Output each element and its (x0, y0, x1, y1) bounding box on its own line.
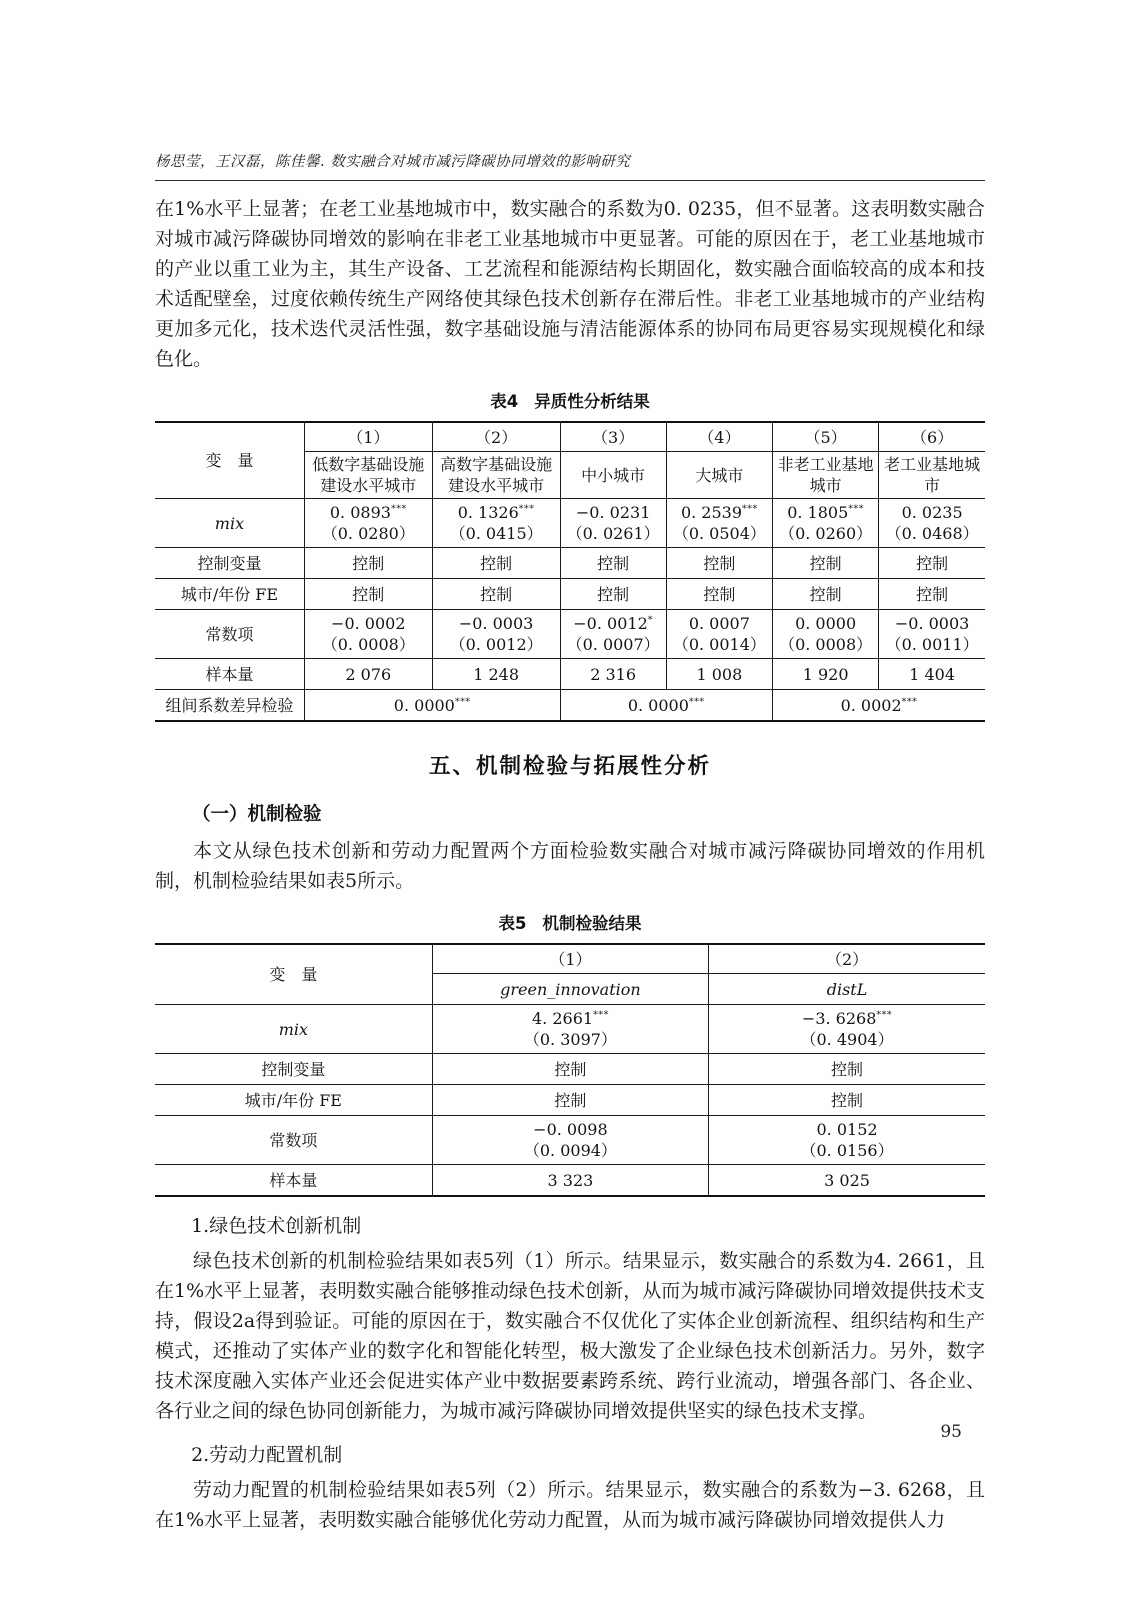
table5-samplesize-label: 样本量 (155, 1165, 432, 1197)
table5-constant-row: 常数项 −0. 0098（0. 0094） 0. 0152（0. 0156） (155, 1116, 985, 1165)
table4-samplesize-cell: 1 920 (772, 659, 878, 690)
table4-colnum: （5） (772, 422, 878, 452)
table4-diff-cell: 0. 0000*** (304, 690, 560, 722)
table5-mix-row: mix 4. 2661***（0. 3097） −3. 6268***（0. 4… (155, 1005, 985, 1054)
paragraph-green-innovation: 绿色技术创新的机制检验结果如表5列（1）所示。结果显示，数实融合的系数为4. 2… (155, 1246, 985, 1426)
table4-diff-row: 组间系数差异检验 0. 0000*** 0. 0000*** 0. 0002**… (155, 690, 985, 722)
paper-page: 杨思莹，王汉磊，陈佳馨. 数实融合对城市减污降碳协同增效的影响研究 在1%水平上… (0, 0, 1140, 1600)
table5-controls-cell: 控制 (709, 1054, 985, 1085)
table4-mix-cell: 0. 2539***（0. 0504） (666, 499, 772, 548)
table4-group-label: 中小城市 (560, 452, 666, 499)
table4-fe-cell: 控制 (879, 579, 985, 610)
subheading-labor-allocation: 2.劳动力配置机制 (155, 1440, 985, 1467)
table4-samplesize-label: 样本量 (155, 659, 304, 690)
paragraph-labor-allocation: 劳动力配置的机制检验结果如表5列（2）所示。结果显示，数实融合的系数为−3. 6… (155, 1475, 985, 1535)
table5-samplesize-row: 样本量 3 323 3 025 (155, 1165, 985, 1197)
table5-fe-row: 城市/年份 FE 控制 控制 (155, 1085, 985, 1116)
subsection-heading-1: （一）机制检验 (155, 800, 985, 826)
table5-mix-cell: −3. 6268***（0. 4904） (709, 1005, 985, 1054)
table4-mix-row: mix 0. 0893***（0. 0280） 0. 1326***（0. 04… (155, 499, 985, 548)
table4-samplesize-cell: 1 404 (879, 659, 985, 690)
table4-controls-row: 控制变量 控制 控制 控制 控制 控制 控制 (155, 548, 985, 579)
table5-caption-label: 表5 (499, 914, 527, 933)
page-content: 杨思莹，王汉磊，陈佳馨. 数实融合对城市减污降碳协同增效的影响研究 在1%水平上… (155, 150, 985, 1535)
table5-fe-cell: 控制 (709, 1085, 985, 1116)
table5-colnum: （1） (432, 944, 708, 974)
table5-var-header: 变 量 (155, 944, 432, 1005)
table4-constant-cell: −0. 0003（0. 0012） (432, 610, 560, 659)
table5-controls-label: 控制变量 (155, 1054, 432, 1085)
table4-colnum: （4） (666, 422, 772, 452)
table5-controls-cell: 控制 (432, 1054, 708, 1085)
table4-heterogeneity-results: 变 量 （1） （2） （3） （4） （5） （6） 低数字基础设施建设水平城… (155, 421, 985, 722)
table4-mix-cell: 0. 1326***（0. 0415） (432, 499, 560, 548)
table4-controls-cell: 控制 (560, 548, 666, 579)
table4-colnum: （6） (879, 422, 985, 452)
table5-caption: 表5机制检验结果 (155, 910, 985, 934)
table4-constant-row: 常数项 −0. 0002（0. 0008） −0. 0003（0. 0012） … (155, 610, 985, 659)
table5-colnum: （2） (709, 944, 985, 974)
table4-constant-label: 常数项 (155, 610, 304, 659)
table4-constant-cell: −0. 0002（0. 0008） (304, 610, 432, 659)
table5-caption-title: 机制检验结果 (542, 914, 641, 933)
table4-fe-cell: 控制 (432, 579, 560, 610)
running-header: 杨思莹，王汉磊，陈佳馨. 数实融合对城市减污降碳协同增效的影响研究 (155, 150, 985, 181)
table4-caption-title: 异质性分析结果 (534, 392, 650, 411)
table4-var-header: 变 量 (155, 422, 304, 499)
table4-group-label: 老工业基地城市 (879, 452, 985, 499)
table4-controls-cell: 控制 (879, 548, 985, 579)
table5-constant-cell: −0. 0098（0. 0094） (432, 1116, 708, 1165)
table4-samplesize-cell: 2 316 (560, 659, 666, 690)
table4-caption-label: 表4 (490, 392, 518, 411)
table4-caption: 表4异质性分析结果 (155, 388, 985, 412)
table4-fe-cell: 控制 (304, 579, 432, 610)
table5-samplesize-cell: 3 025 (709, 1165, 985, 1197)
table4-samplesize-cell: 1 248 (432, 659, 560, 690)
table5-colnum-row: 变 量 （1） （2） (155, 944, 985, 974)
paragraph-heterogeneity: 在1%水平上显著；在老工业基地城市中，数实融合的系数为0. 0235，但不显著。… (155, 194, 985, 374)
table4-colnum: （1） (304, 422, 432, 452)
table4-controls-cell: 控制 (432, 548, 560, 579)
table5-fe-label: 城市/年份 FE (155, 1085, 432, 1116)
table5-depvar: distL (709, 974, 985, 1005)
paragraph-mechanism-intro: 本文从绿色技术创新和劳动力配置两个方面检验数实融合对城市减污降碳协同增效的作用机… (155, 836, 985, 896)
subheading-green-innovation: 1.绿色技术创新机制 (155, 1211, 985, 1238)
table4-colnum: （2） (432, 422, 560, 452)
table4-controls-cell: 控制 (666, 548, 772, 579)
table4-samplesize-row: 样本量 2 076 1 248 2 316 1 008 1 920 1 404 (155, 659, 985, 690)
table5-constant-cell: 0. 0152（0. 0156） (709, 1116, 985, 1165)
table5-fe-cell: 控制 (432, 1085, 708, 1116)
table4-mix-label: mix (155, 499, 304, 548)
table4-fe-cell: 控制 (560, 579, 666, 610)
table4-controls-cell: 控制 (304, 548, 432, 579)
table5-mechanism-results: 变 量 （1） （2） green_innovation distL mix 4… (155, 943, 985, 1197)
table4-mix-cell: 0. 0235（0. 0468） (879, 499, 985, 548)
table4-mix-cell: 0. 1805***（0. 0260） (772, 499, 878, 548)
table4-controls-cell: 控制 (772, 548, 878, 579)
table4-constant-cell: −0. 0012*（0. 0007） (560, 610, 666, 659)
table4-mix-cell: 0. 0893***（0. 0280） (304, 499, 432, 548)
table4-mix-cell: −0. 0231（0. 0261） (560, 499, 666, 548)
table5-depvar: green_innovation (432, 974, 708, 1005)
table4-diff-cell: 0. 0000*** (560, 690, 772, 722)
table4-group-label: 非老工业基地城市 (772, 452, 878, 499)
table5-constant-label: 常数项 (155, 1116, 432, 1165)
table4-fe-cell: 控制 (772, 579, 878, 610)
table4-constant-cell: −0. 0003（0. 0011） (879, 610, 985, 659)
table4-fe-label: 城市/年份 FE (155, 579, 304, 610)
table5-controls-row: 控制变量 控制 控制 (155, 1054, 985, 1085)
section-heading-5: 五、机制检验与拓展性分析 (155, 749, 985, 780)
page-number: 95 (940, 1422, 962, 1442)
table4-constant-cell: 0. 0000（0. 0008） (772, 610, 878, 659)
table4-controls-label: 控制变量 (155, 548, 304, 579)
table4-group-label: 低数字基础设施建设水平城市 (304, 452, 432, 499)
table4-colnum: （3） (560, 422, 666, 452)
table4-diff-cell: 0. 0002*** (772, 690, 985, 722)
table4-samplesize-cell: 2 076 (304, 659, 432, 690)
table4-colnum-row: 变 量 （1） （2） （3） （4） （5） （6） (155, 422, 985, 452)
table4-fe-row: 城市/年份 FE 控制 控制 控制 控制 控制 控制 (155, 579, 985, 610)
table5-mix-label: mix (155, 1005, 432, 1054)
table4-diff-label: 组间系数差异检验 (155, 690, 304, 722)
table4-group-label: 高数字基础设施建设水平城市 (432, 452, 560, 499)
table4-constant-cell: 0. 0007（0. 0014） (666, 610, 772, 659)
table5-mix-cell: 4. 2661***（0. 3097） (432, 1005, 708, 1054)
table4-group-label: 大城市 (666, 452, 772, 499)
table4-samplesize-cell: 1 008 (666, 659, 772, 690)
table4-fe-cell: 控制 (666, 579, 772, 610)
table5-samplesize-cell: 3 323 (432, 1165, 708, 1197)
